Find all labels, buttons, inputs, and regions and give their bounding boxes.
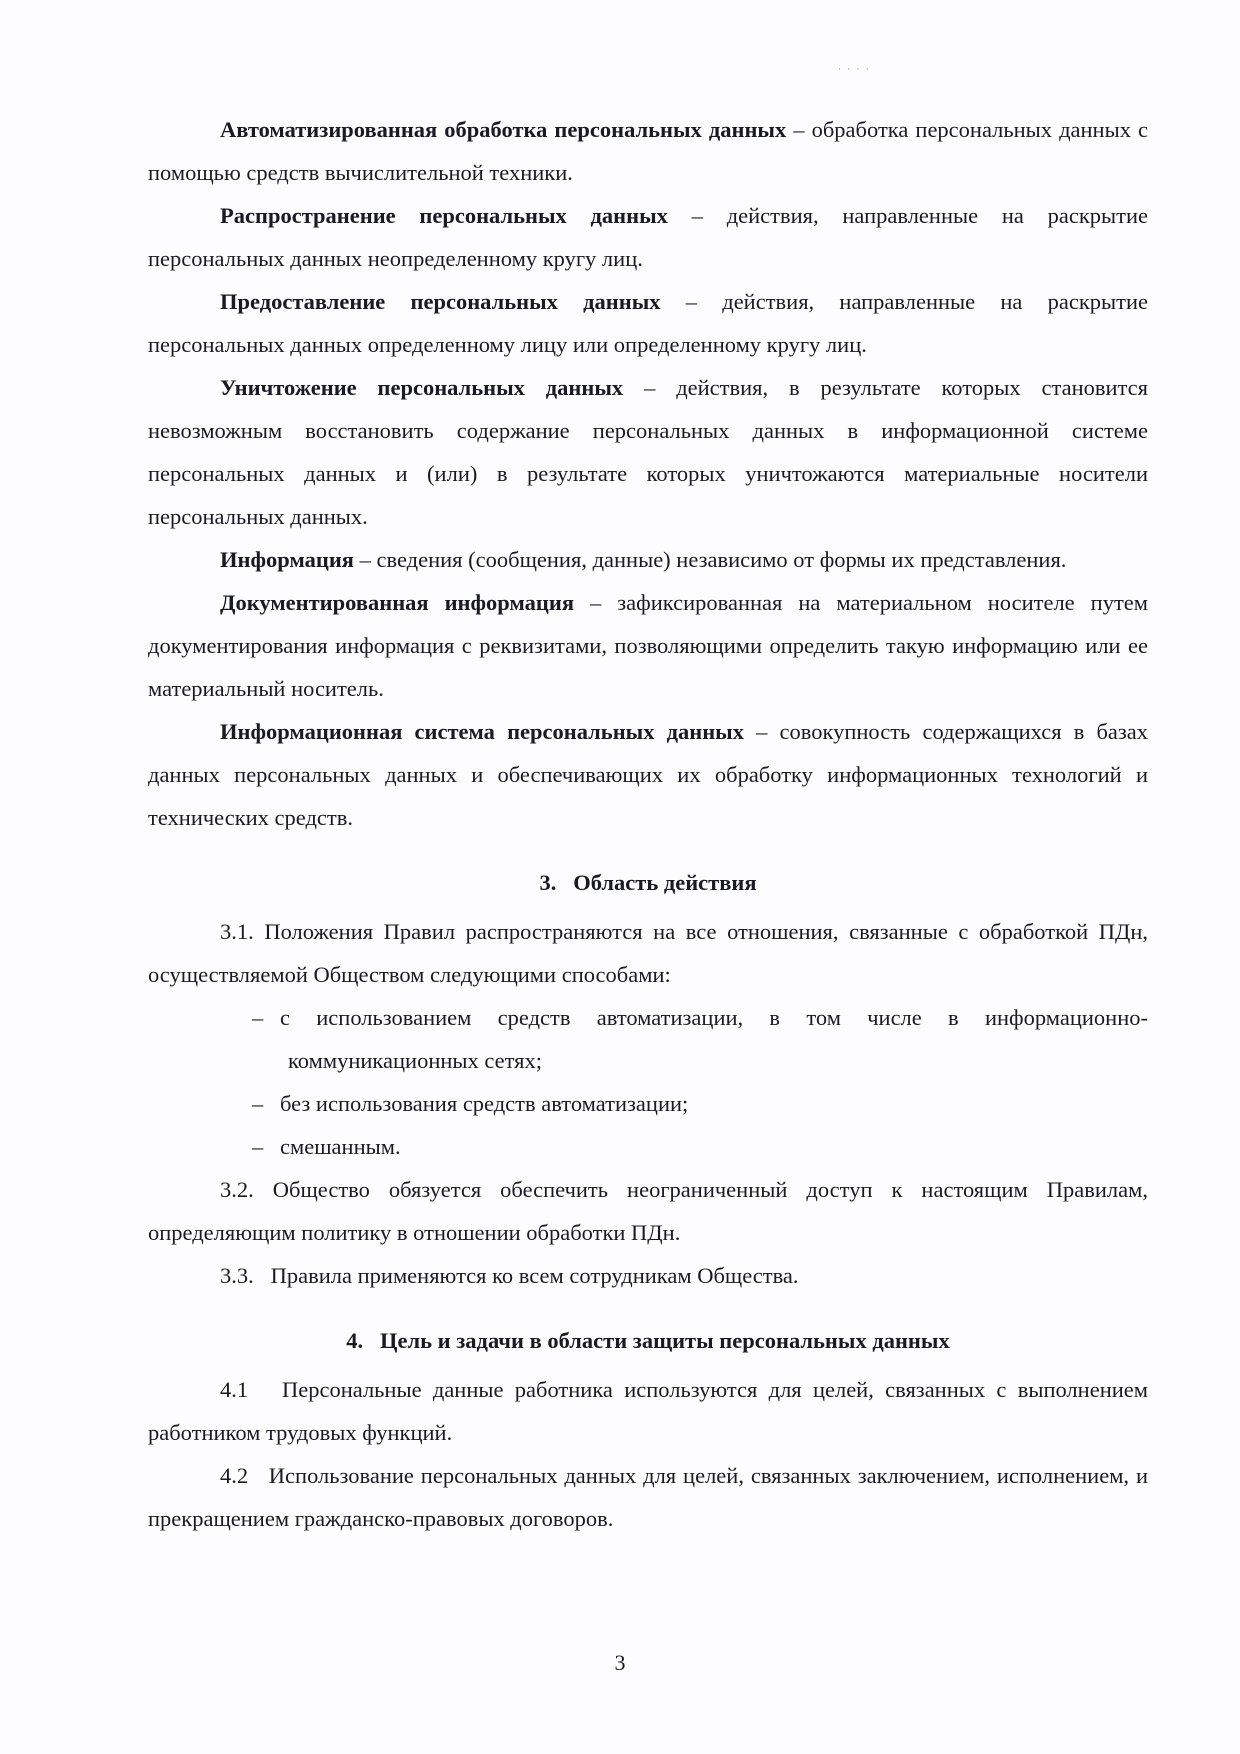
dash: – (793, 117, 804, 142)
clause-3-3: 3.3. Правила применяются ко всем сотрудн… (148, 1254, 1148, 1297)
definition-term: Документированная информация (220, 590, 574, 615)
dash: – (252, 1082, 280, 1125)
dash: – (692, 203, 703, 228)
dash: – (686, 289, 697, 314)
list-item-text: с использованием средств автоматизации, … (280, 1005, 1148, 1073)
section-4-heading: 4. Цель и задачи в области защиты персон… (148, 1319, 1148, 1362)
definition-paragraph: Автоматизированная обработка персональны… (148, 108, 1148, 194)
list-item-text: смешанным. (280, 1134, 401, 1159)
definition-paragraph: Информация – сведения (сообщения, данные… (148, 538, 1148, 581)
definition-term: Информационная система персональных данн… (220, 719, 744, 744)
definition-paragraph: Предоставление персональных данных – дей… (148, 280, 1148, 366)
list-item: –без использования средств автоматизации… (252, 1082, 1148, 1125)
clause-3-1: 3.1. Положения Правил распространяются н… (148, 910, 1148, 996)
list-item-text: без использования средств автоматизации; (280, 1091, 688, 1116)
definition-term: Предоставление персональных данных (220, 289, 661, 314)
definition-paragraph: Документированная информация – зафиксиро… (148, 581, 1148, 710)
dash: – (590, 590, 601, 615)
scan-artifact: · · · · (838, 64, 898, 86)
clause-4-2: 4.2 Использование персональных данных дл… (148, 1454, 1148, 1540)
list-item: –с использованием средств автоматизации,… (252, 996, 1148, 1082)
dash: – (360, 547, 371, 572)
definition-text: сведения (сообщения, данные) независимо … (376, 547, 1066, 572)
document-page: Автоматизированная обработка персональны… (148, 108, 1148, 1540)
definition-paragraph: Информационная система персональных данн… (148, 710, 1148, 839)
dash: – (644, 375, 655, 400)
definition-term: Автоматизированная обработка персональны… (220, 117, 786, 142)
clause-4-1: 4.1 Персональные данные работника исполь… (148, 1368, 1148, 1454)
section-3-heading: 3. Область действия (148, 861, 1148, 904)
definition-paragraph: Уничтожение персональных данных – действ… (148, 366, 1148, 538)
dash: – (252, 996, 280, 1039)
dash: – (756, 719, 767, 744)
dash: – (252, 1125, 280, 1168)
processing-methods-list: –с использованием средств автоматизации,… (148, 996, 1148, 1168)
page-number: 3 (0, 1650, 1240, 1676)
definition-paragraph: Распространение персональных данных – де… (148, 194, 1148, 280)
definition-term: Уничтожение персональных данных (220, 375, 623, 400)
definition-term: Информация (220, 547, 354, 572)
list-item: –смешанным. (252, 1125, 1148, 1168)
clause-3-2: 3.2. Общество обязуется обеспечить неогр… (148, 1168, 1148, 1254)
definition-term: Распространение персональных данных (220, 203, 668, 228)
